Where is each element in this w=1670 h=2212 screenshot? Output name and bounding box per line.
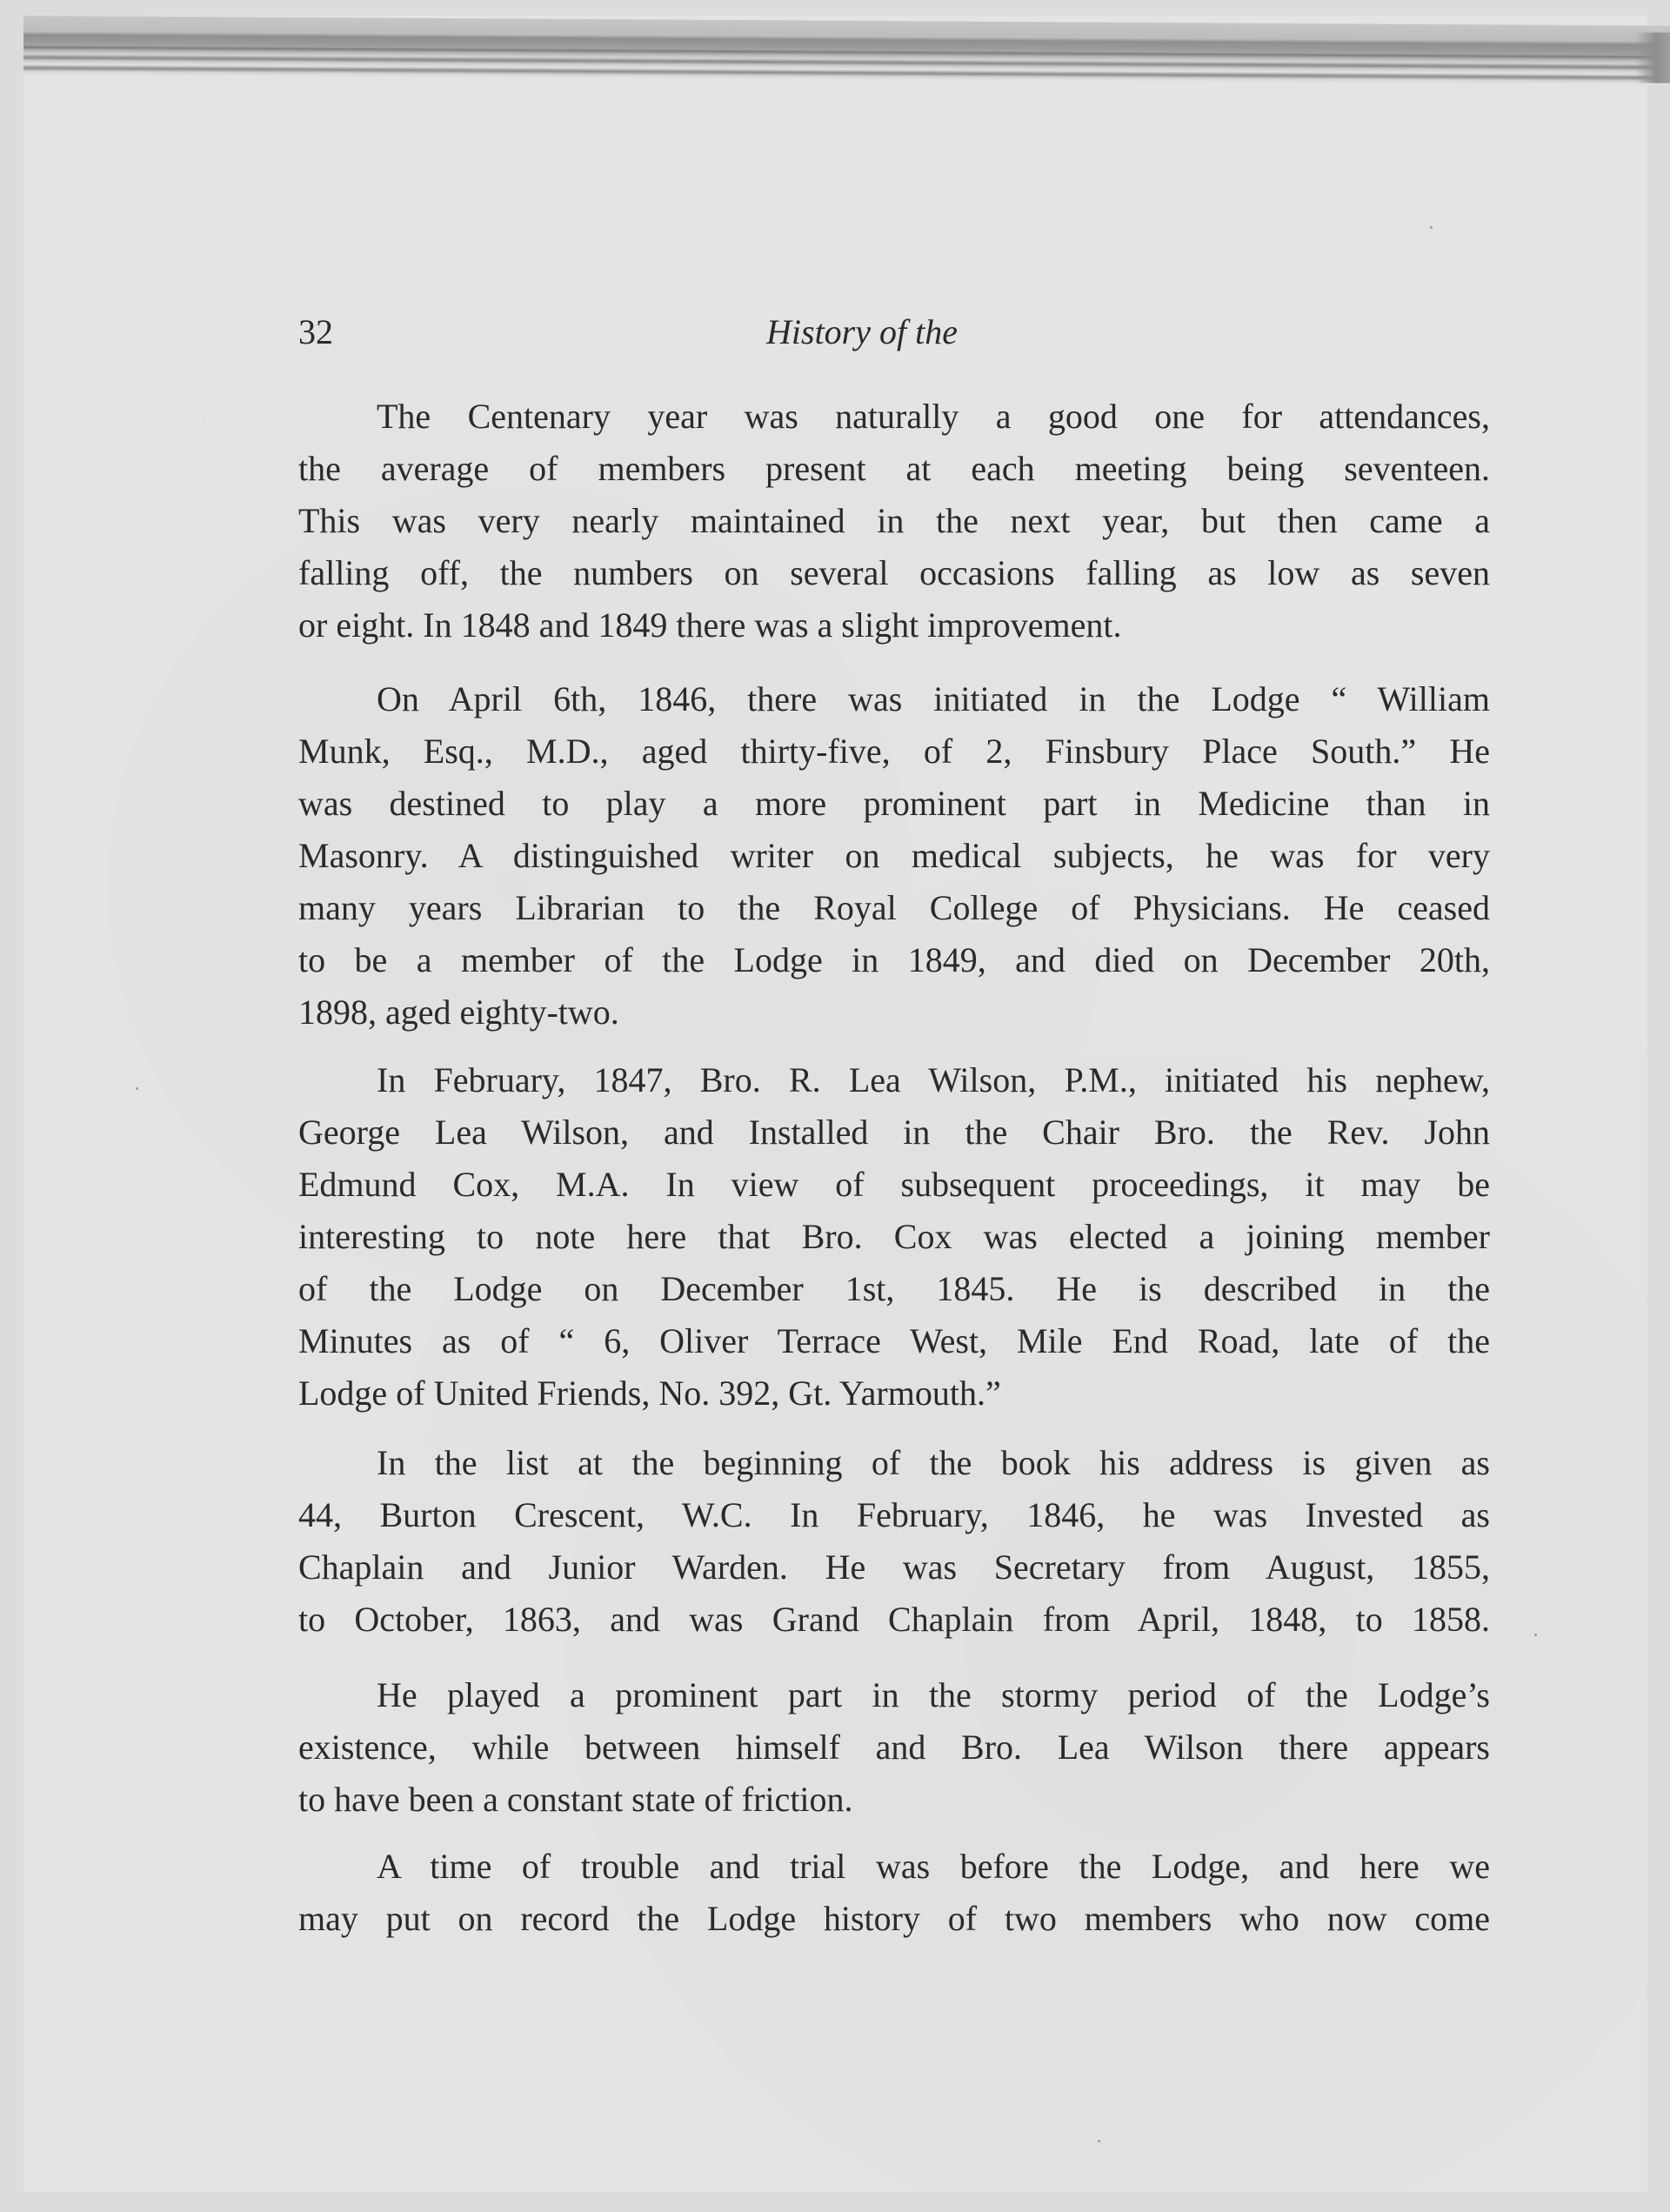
text-line: In the list at the beginning of the book… [298,1437,1490,1489]
text-line: existence, while between himself and Bro… [298,1721,1490,1774]
text-line: Minutes as of “ 6, Oliver Terrace West, … [298,1315,1490,1367]
text-line: the average of members present at each m… [298,443,1490,495]
running-head-title: History of the [766,306,958,358]
paper-speck [1534,1634,1537,1636]
text-line: was destined to play a more prominent pa… [298,778,1490,830]
text-line: The Centenary year was naturally a good … [298,391,1490,443]
page-top-edge-shadow [23,16,1670,85]
text-line: of the Lodge on December 1st, 1845. He i… [298,1263,1490,1315]
text-line: many years Librarian to the Royal Colleg… [298,882,1490,934]
text-line: George Lea Wilson, and Installed in the … [298,1106,1490,1159]
text-line: Munk, Esq., M.D., aged thirty-five, of 2… [298,725,1490,778]
text-line: falling off, the numbers on several occa… [298,547,1490,599]
running-head: 32 History of the [298,306,1490,358]
paragraph-5: He played a prominent part in the stormy… [298,1669,1490,1826]
text-line: may put on record the Lodge history of t… [298,1893,1490,1945]
text-line: to have been a constant state of frictio… [298,1774,1490,1826]
paper-speck [1098,2140,1100,2142]
text-line: Chaplain and Junior Warden. He was Secre… [298,1541,1490,1594]
text-line: Lodge of United Friends, No. 392, Gt. Ya… [298,1367,1490,1420]
text-line: or eight. In 1848 and 1849 there was a s… [298,599,1490,652]
text-line: In February, 1847, Bro. R. Lea Wilson, P… [298,1054,1490,1106]
paragraph-6: A time of trouble and trial was before t… [298,1841,1490,1945]
paper-speck [136,1087,138,1090]
paragraph-3: In February, 1847, Bro. R. Lea Wilson, P… [298,1054,1490,1420]
page-number: 32 [298,306,333,358]
text-line: This was very nearly maintained in the n… [298,495,1490,547]
paragraph-2: On April 6th, 1846, there was initiated … [298,673,1490,1039]
text-line: Edmund Cox, M.A. In view of subsequent p… [298,1159,1490,1211]
text-line: A time of trouble and trial was before t… [298,1841,1490,1893]
paragraph-1: The Centenary year was naturally a good … [298,391,1490,652]
text-line: 1898, aged eighty-two. [298,986,1490,1039]
text-line: He played a prominent part in the stormy… [298,1669,1490,1721]
text-line: to be a member of the Lodge in 1849, and… [298,934,1490,986]
paragraph-4: In the list at the beginning of the book… [298,1437,1490,1646]
paper-speck [1430,226,1433,229]
text-line: 44, Burton Crescent, W.C. In February, 1… [298,1489,1490,1541]
text-line: to October, 1863, and was Grand Chaplain… [298,1594,1490,1646]
text-line: Masonry. A distinguished writer on medic… [298,830,1490,882]
text-line: On April 6th, 1846, there was initiated … [298,673,1490,725]
text-line: interesting to note here that Bro. Cox w… [298,1211,1490,1263]
